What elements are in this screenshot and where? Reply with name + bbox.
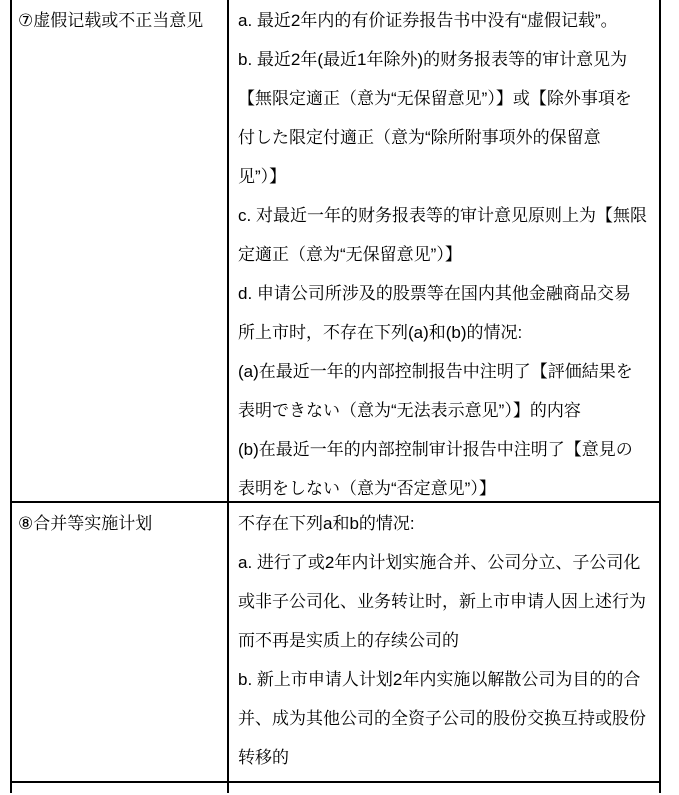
document-page: ⑦虚假记载或不正当意见 a. 最近2年内的有价证券报告书中没有“虚假记载”。 b… bbox=[0, 0, 679, 795]
text-line: 付した限定付適正（意为“除所附事项外的保留意 bbox=[238, 118, 653, 157]
text-line: 所上市时，不存在下列(a)和(b)的情况: bbox=[238, 313, 653, 352]
text-line: b. 新上市申请人计划2年内实施以解散公司为目的的合 bbox=[238, 660, 653, 699]
row-content-cell bbox=[229, 783, 659, 793]
text-line: 定適正（意为“无保留意见”）】 bbox=[238, 235, 653, 274]
table-row-partial bbox=[12, 783, 659, 793]
text-line: d. 申请公司所涉及的股票等在国内其他金融商品交易 bbox=[238, 274, 653, 313]
table-row-7: ⑦虚假记载或不正当意见 a. 最近2年内的有价证券报告书中没有“虚假记载”。 b… bbox=[12, 0, 659, 503]
table-row-8: ⑧合并等实施计划 不存在下列a和b的情况: a. 进行了或2年内计划实施合并、公… bbox=[12, 503, 659, 783]
requirements-table: ⑦虚假记载或不正当意见 a. 最近2年内的有价证券报告书中没有“虚假记载”。 b… bbox=[10, 0, 661, 793]
text-line: 而不再是实质上的存续公司的 bbox=[238, 621, 653, 660]
text-line: 【無限定適正（意为“无保留意见”）】或【除外事項を bbox=[238, 79, 653, 118]
text-line: 并、成为其他公司的全资子公司的股份交换互持或股份 bbox=[238, 699, 653, 738]
text-line: a. 最近2年内的有价证券报告书中没有“虚假记载”。 bbox=[238, 1, 653, 40]
text-line: 表明できない（意为“无法表示意见”）】的内容 bbox=[238, 391, 653, 430]
text-line: (b)在最近一年的内部控制审计报告中注明了【意見の bbox=[238, 430, 653, 469]
row-content-cell: a. 最近2年内的有价证券报告书中没有“虚假记载”。 b. 最近2年(最近1年除… bbox=[229, 0, 659, 501]
row-label: ⑧合并等实施计划 bbox=[18, 504, 223, 543]
text-line: 见”）】 bbox=[238, 157, 653, 196]
text-line: c. 对最近一年的财务报表等的审计意见原则上为【無限 bbox=[238, 196, 653, 235]
row-label-cell bbox=[12, 783, 229, 793]
text-line: 不存在下列a和b的情况: bbox=[238, 504, 653, 543]
row-label-cell: ⑧合并等实施计划 bbox=[12, 503, 229, 781]
text-line: 转移的 bbox=[238, 738, 653, 777]
row-content-cell: 不存在下列a和b的情况: a. 进行了或2年内计划实施合并、公司分立、子公司化 … bbox=[229, 503, 659, 781]
text-line: b. 最近2年(最近1年除外)的财务报表等的审计意见为 bbox=[238, 40, 653, 79]
text-line: 或非子公司化、业务转让时，新上市申请人因上述行为 bbox=[238, 582, 653, 621]
row-label: ⑦虚假记载或不正当意见 bbox=[18, 1, 223, 40]
text-line: a. 进行了或2年内计划实施合并、公司分立、子公司化 bbox=[238, 543, 653, 582]
text-line: (a)在最近一年的内部控制报告中注明了【評価結果を bbox=[238, 352, 653, 391]
text-line: 表明をしない（意为“否定意见”）】 bbox=[238, 469, 653, 503]
row-label-cell: ⑦虚假记载或不正当意见 bbox=[12, 0, 229, 501]
